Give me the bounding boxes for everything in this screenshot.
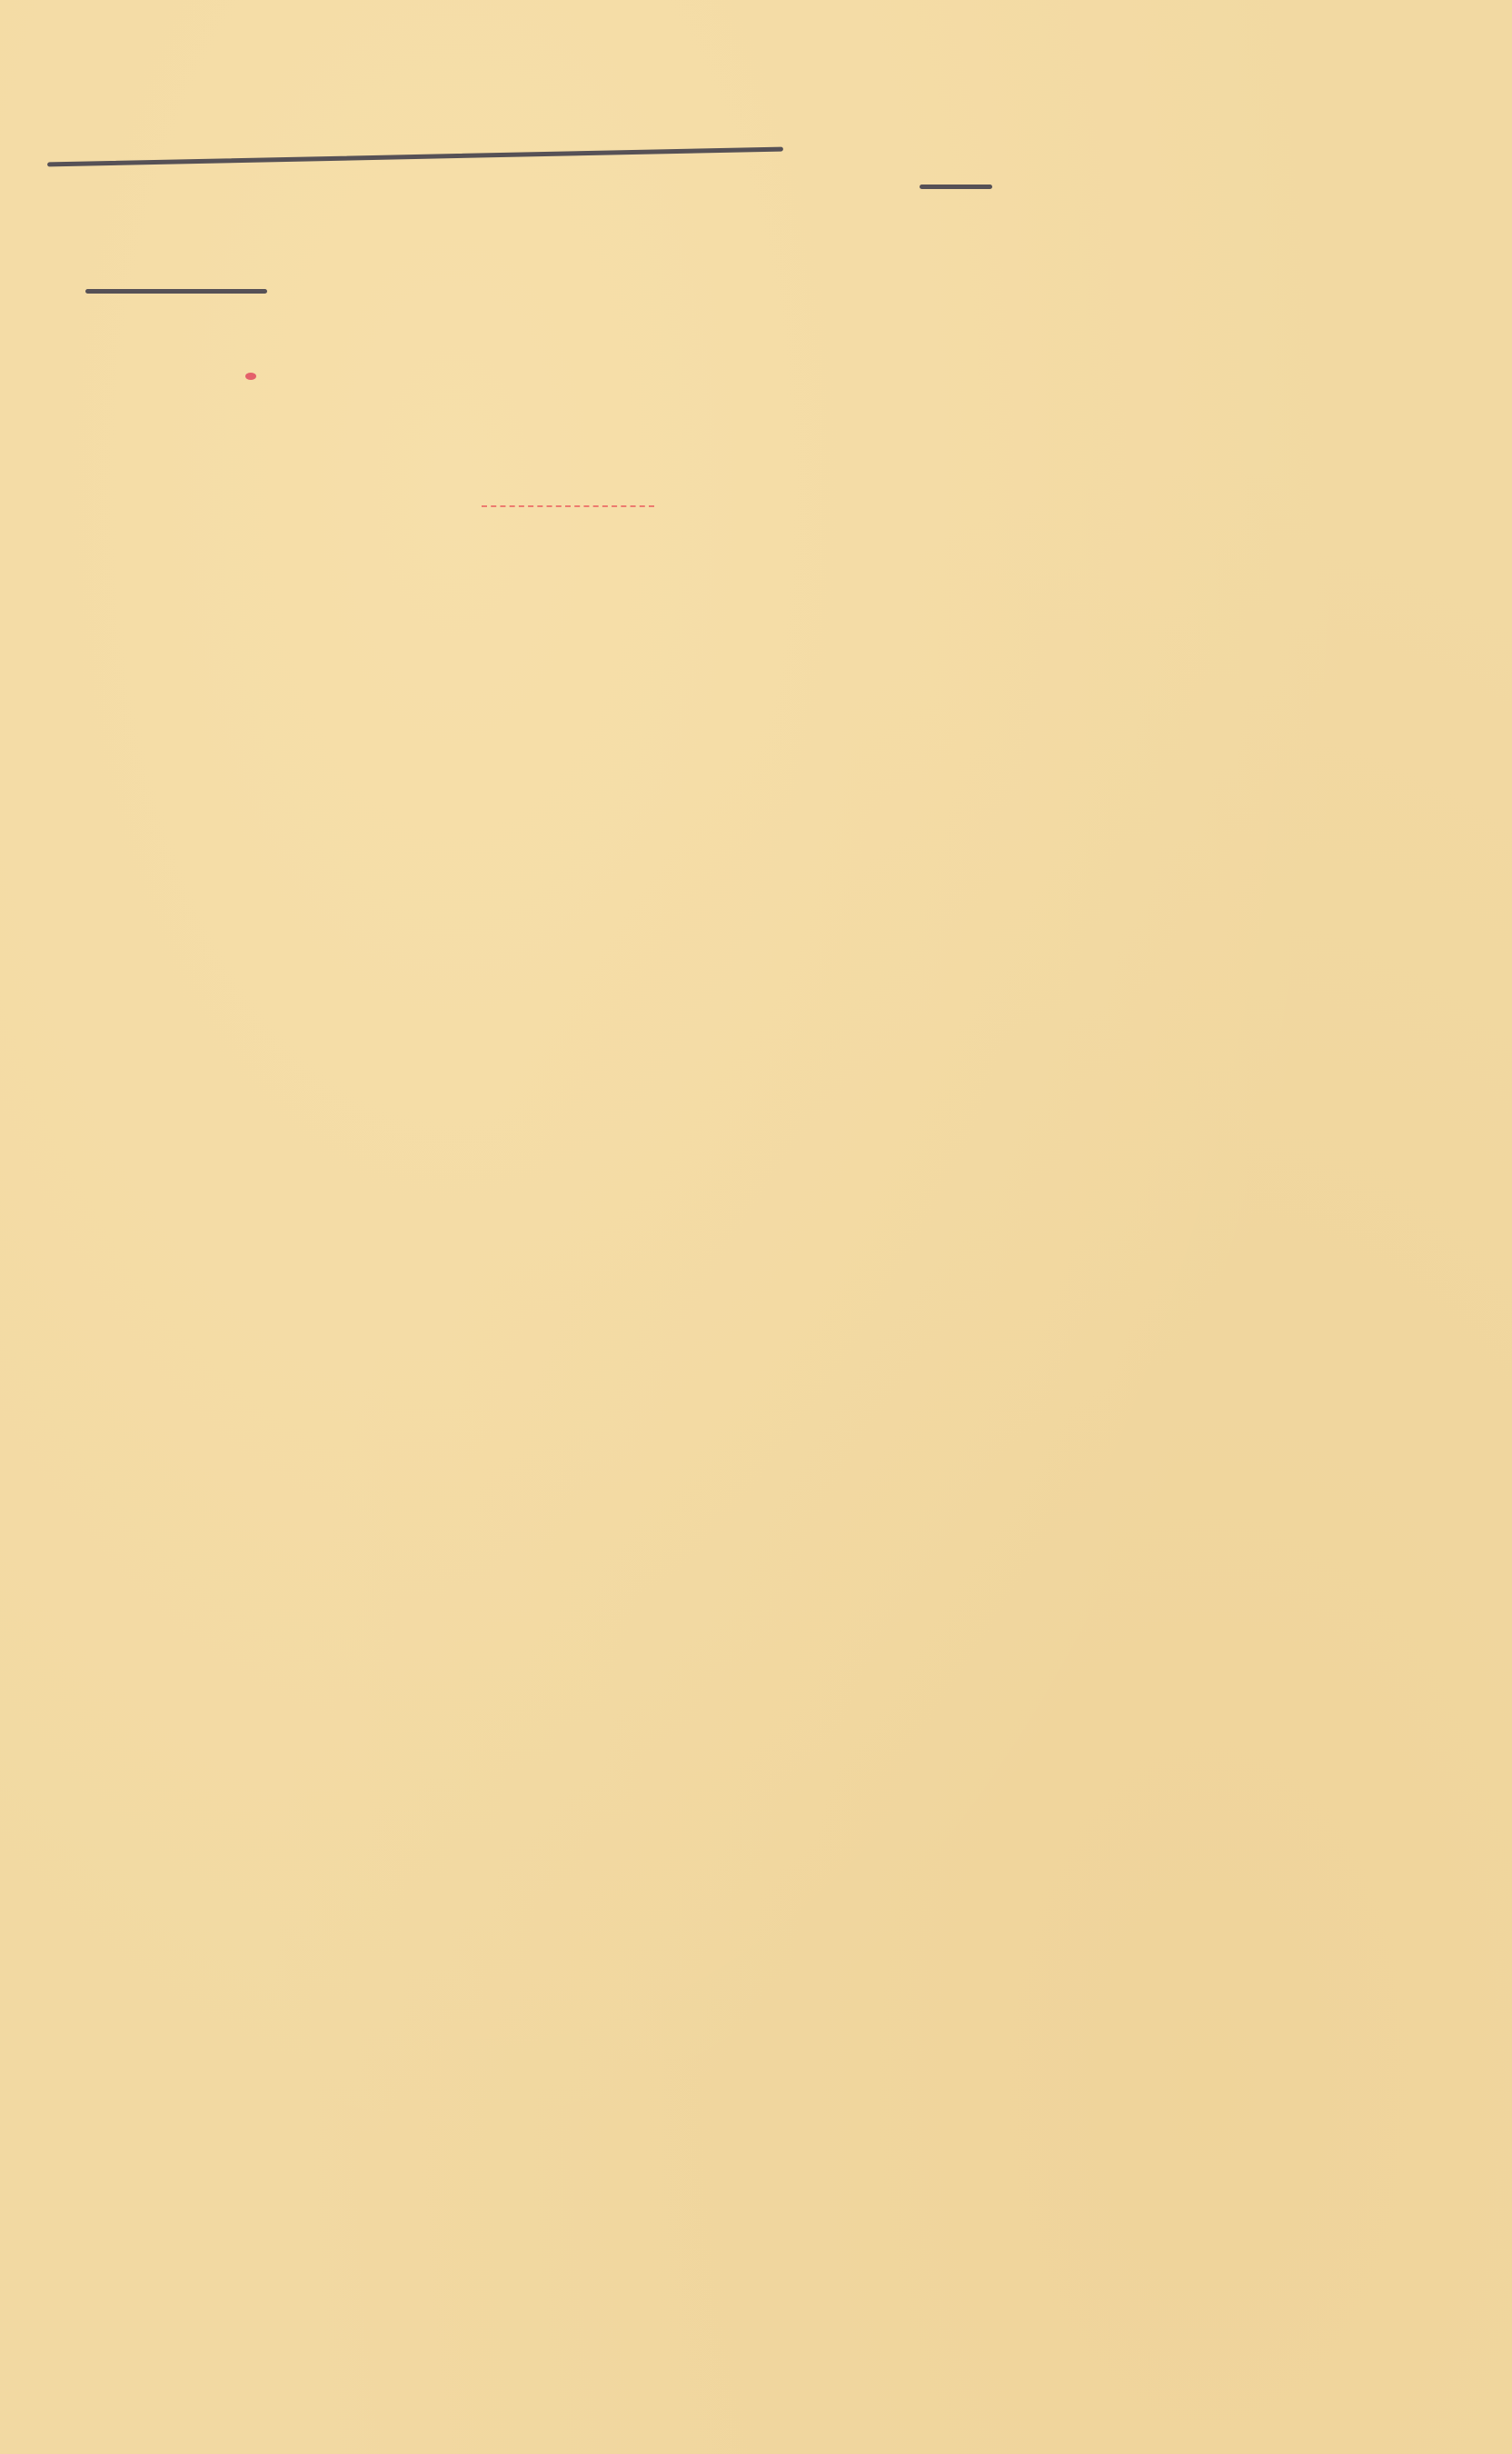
unit-note-underline: [47, 147, 783, 167]
page-number-underline: [920, 185, 992, 189]
red-speck: [245, 373, 256, 380]
reserve-note-underline: [85, 289, 267, 294]
stamp-date-blank: [482, 505, 654, 507]
document-page: [0, 0, 1512, 2454]
